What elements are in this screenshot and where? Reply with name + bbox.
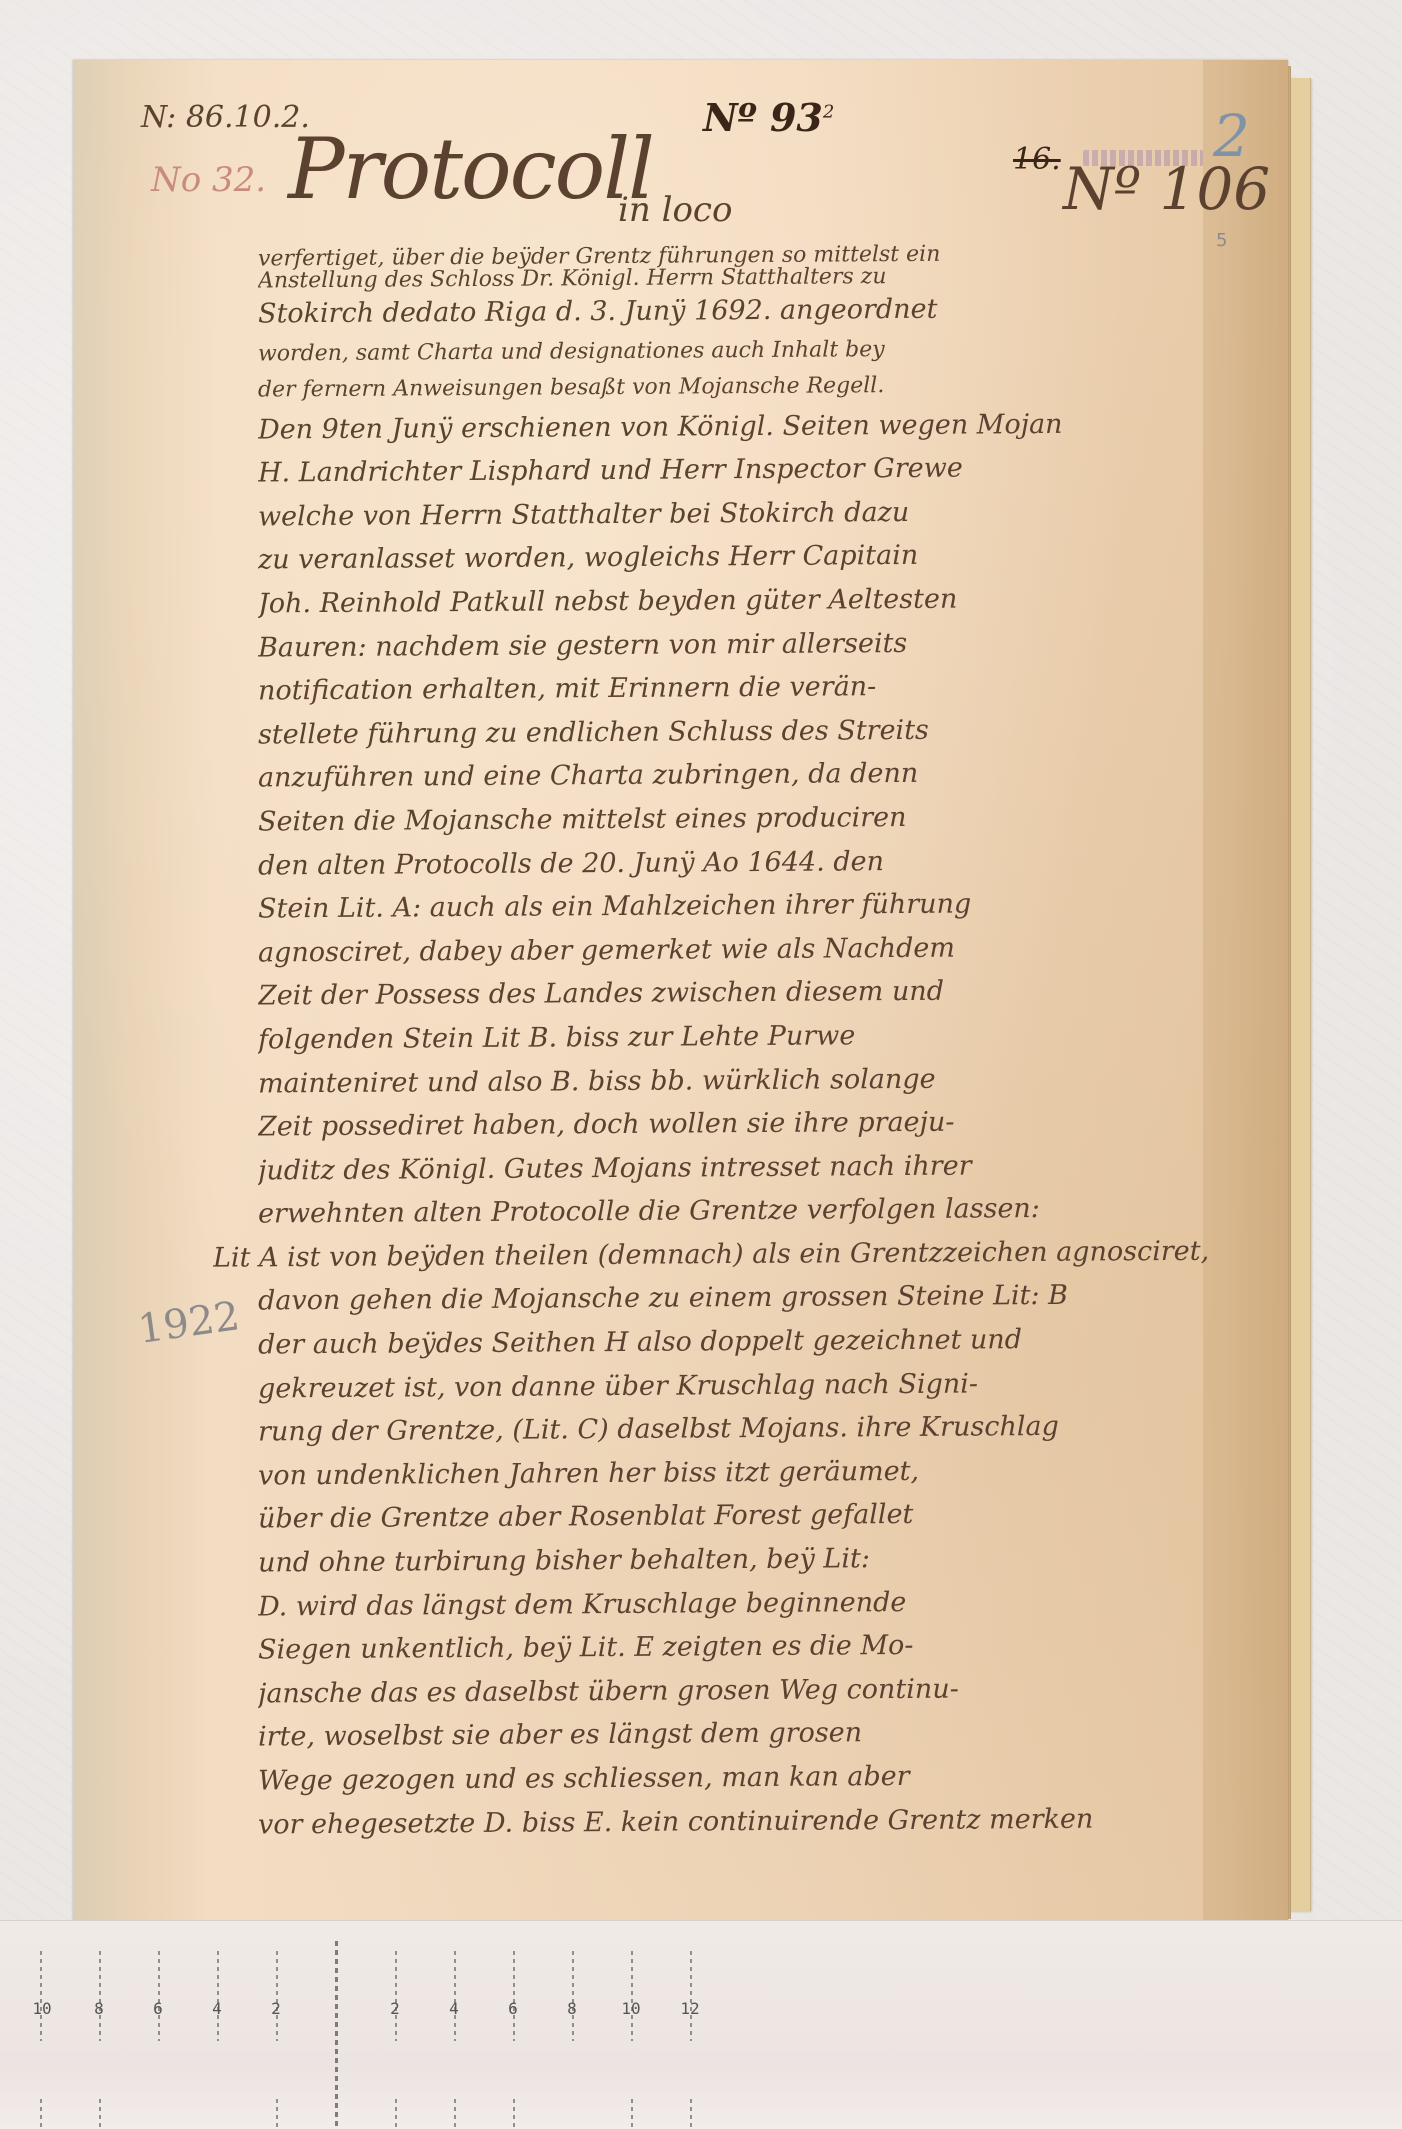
blue-pencil-folio-number: 2 [1213,102,1250,170]
ruler-tick [395,1951,397,2041]
body-line: mainteniret und also B. biss bb. würklic… [258,1055,1258,1106]
ruler-tick [513,2099,515,2129]
body-line: jansche das es daselbst übern grosen Weg… [258,1665,1258,1716]
body-line: und ohne turbirung bisher behalten, beÿ … [258,1535,1258,1586]
ruler-tick [631,1951,633,2041]
ruler-tick [395,2099,397,2129]
ruler-tick [99,2099,101,2129]
body-line: welche von Herrn Statthalter bei Stokirc… [258,488,1258,539]
ruler-zero-line [335,1941,338,2129]
ruler-label: 2 [271,1999,281,2018]
ruler-tick [631,2099,633,2129]
body-line: über die Grentze aber Rosenblat Forest g… [258,1491,1258,1542]
ruler-label: 6 [508,1999,518,2018]
body-line: gekreuzet ist, von danne über Kruschlag … [258,1360,1258,1411]
body-line: Den 9ten Junÿ erschienen von Königl. Sei… [258,401,1258,452]
ruler-tick [276,2099,278,2129]
body-line: folgenden Stein Lit B. biss zur Lehte Pu… [258,1011,1258,1062]
ruler-tick [40,2099,42,2129]
body-line: D. wird das längst dem Kruschlage beginn… [258,1578,1258,1629]
ruler-tick [99,1951,101,2041]
body-line: stellete führung zu endlichen Schluss de… [258,706,1258,757]
ruler-label: 10 [621,1999,640,2018]
body-line: Lit A ist von beÿden theilen (demnach) a… [213,1229,1258,1280]
ruler-tick [158,1951,160,2041]
body-line: H. Landrichter Lisphard und Herr Inspect… [258,445,1258,496]
manuscript-body: verfertiget, über die beÿder Grentz führ… [258,245,1258,1843]
ruler-tick [40,1951,42,2041]
ruler-tick [217,1951,219,2041]
body-line: agnosciret, dabey aber gemerket wie als … [258,924,1258,975]
body-line: notification erhalten, mit Erinnern die … [258,663,1258,714]
archive-number-93-sup: 2 [823,101,834,122]
ruler-label: 8 [94,1999,104,2018]
ruler-label: 4 [449,1999,459,2018]
body-line: Joh. Reinhold Patkull nebst beyden güter… [258,575,1258,626]
manuscript-page: N: 86.10.2. No 32. Protocoll in loco Nº … [73,60,1288,1920]
ruler-label: 12 [680,1999,699,2018]
archive-reference-top-left: N: 86.10.2. [141,100,310,135]
ruler-tick [690,2099,692,2129]
ruler-tick [572,1951,574,2041]
body-line: Zeit der Possess des Landes zwischen die… [258,968,1258,1019]
ruler-tick [513,1951,515,2041]
archive-reference-red: No 32. [151,160,266,200]
body-line: Zeit possediret haben, doch wollen sie i… [258,1099,1258,1150]
body-line: der auch beÿdes Seithen H also doppelt g… [258,1317,1258,1368]
ruler-tick [690,1951,692,2041]
body-line: davon gehen die Mojansche zu einem gross… [258,1273,1258,1324]
ruler-tick [454,2099,456,2129]
body-line: von undenklichen Jahren her biss itzt ge… [258,1447,1258,1498]
ruler-tick [276,1951,278,2041]
body-line: Siegen unkentlich, beÿ Lit. E zeigten es… [258,1622,1258,1673]
ruler-tick [454,1951,456,2041]
margin-pencil-number: 1922 [135,1293,242,1353]
body-line: Wege gezogen und es schliessen, man kan … [258,1753,1258,1804]
body-line: anzuführen und eine Charta zubringen, da… [258,750,1258,801]
ruler-label: 6 [153,1999,163,2018]
body-line: Stein Lit. A: auch als ein Mahlzeichen i… [258,881,1258,932]
body-line: zu veranlasset worden, wogleichs Herr Ca… [258,532,1258,583]
body-line: den alten Protocolls de 20. Junÿ Ao 1644… [258,837,1258,888]
document-title-suffix: in loco [618,190,732,230]
ruler-label: 4 [212,1999,222,2018]
ruler-label: 8 [567,1999,577,2018]
purple-archive-stamp [1083,150,1203,166]
document-title: Protocoll [288,120,653,218]
measurement-ruler: 10 8 6 4 2 2 4 6 8 10 12 [0,1920,1402,2129]
ruler-label: 10 [32,1999,51,2018]
ruler-label: 2 [390,1999,400,2018]
archive-number-93: Nº 932 [703,95,834,140]
body-line: Stokirch dedato Riga d. 3. Junÿ 1692. an… [258,286,1258,337]
archive-number-93-text: Nº 93 [703,95,823,140]
body-line: Seiten die Mojansche mittelst eines prod… [258,793,1258,844]
body-line: irte, woselbst sie aber es längst dem gr… [258,1709,1258,1760]
struck-out-number: 16. [1013,142,1061,177]
body-line: Bauren: nachdem sie gestern von mir alle… [258,619,1258,670]
body-line: juditz des Königl. Gutes Mojans intresse… [258,1142,1258,1193]
body-line: vor ehegesetzte D. biss E. kein continui… [258,1796,1258,1847]
body-line: rung der Grentze, (Lit. C) daselbst Moja… [258,1404,1258,1455]
body-line: erwehnten alten Protocolle die Grentze v… [258,1186,1258,1237]
